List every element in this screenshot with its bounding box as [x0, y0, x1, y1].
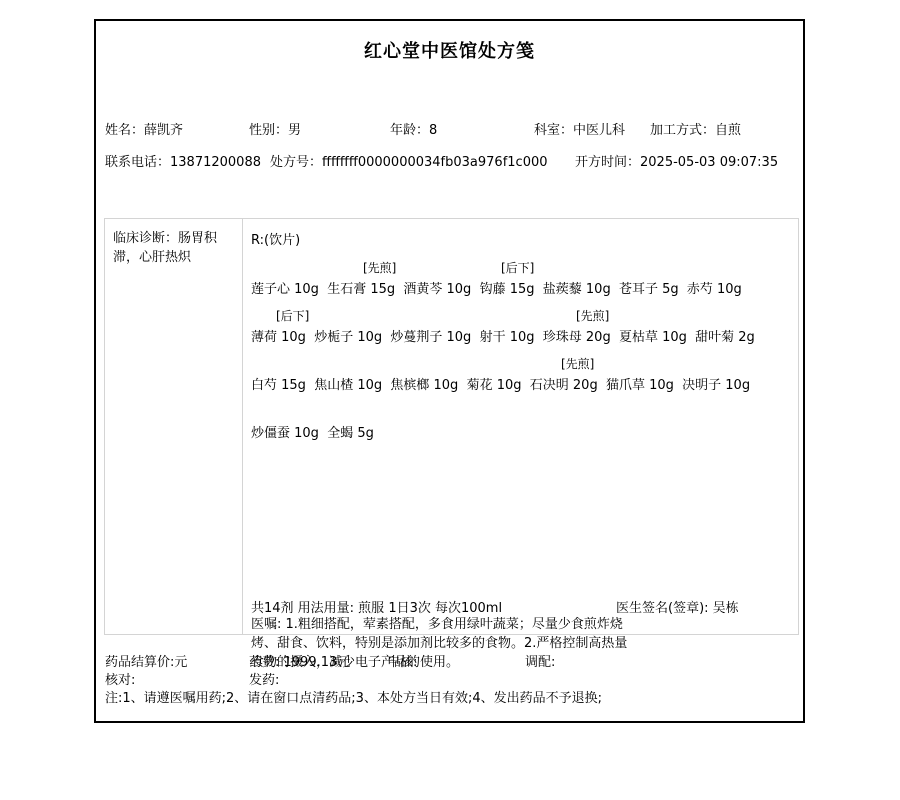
settle-price-field: 药品结算价:元: [105, 651, 187, 670]
settle-price-value: 元: [174, 655, 187, 670]
footer-row-2: 核对: 发药:: [96, 669, 803, 687]
decoction-tag: [后下]: [501, 259, 534, 276]
decoction-tag-line: [251, 401, 790, 422]
prescription-number-field: 处方号：ffffffff0000000034fb03a976f1c000: [270, 151, 548, 170]
page-title: 红心堂中医馆处方笺: [96, 37, 803, 63]
phone-value: 13871200088: [170, 155, 261, 170]
diagnosis-label: 临床诊断：: [113, 231, 178, 246]
decoction-tag: [先煎]: [576, 307, 609, 324]
processing-method-label: 加工方式：: [650, 123, 715, 138]
patient-age-field: 年龄：8: [390, 119, 437, 138]
prescription-sheet: 红心堂中医馆处方笺 姓名：薛凯齐 性别：男 年龄：8 科室：中医儿科 加工方式：…: [94, 19, 805, 723]
doctor-signature-value: 吴栋: [713, 601, 739, 616]
patient-name-field: 姓名：薛凯齐: [105, 119, 183, 138]
doctor-signature: 医生签名(签章): 吴栋: [616, 597, 739, 616]
prescription-table: 临床诊断：肠胃积滞，心肝热炽 R:(饮片) [先煎] [后下] 莲子心 10g …: [104, 218, 799, 635]
prescription-time-label: 开方时间：: [575, 155, 640, 170]
patient-gender-field: 性别：男: [249, 119, 301, 138]
dispense-field: 调配:: [525, 651, 555, 670]
fee-field: 药费: 1999.13元: [249, 651, 350, 670]
footer-row-1: 药品结算价:元 药费: 1999.13元 申核: 调配:: [96, 651, 803, 669]
herb-line: 莲子心 10g 生石膏 15g 酒黄芩 10g 钩藤 15g 盐蒺藜 10g 苍…: [251, 278, 790, 305]
department-label: 科室：: [534, 123, 573, 138]
patient-age-value: 8: [429, 123, 437, 138]
footer-note-row: 注:1、请遵医嘱用药;2、请在窗口点清药品;3、本处方当日有效;4、发出药品不予…: [96, 687, 803, 705]
prescription-time-field: 开方时间：2025-05-03 09:07:35: [575, 151, 778, 170]
usage-line: 共14剂 用法用量: 煎服 1日3次 每次100ml: [251, 597, 502, 616]
decoction-tag: [后下]: [276, 307, 309, 324]
patient-gender-label: 性别：: [249, 123, 288, 138]
settle-price-label: 药品结算价:: [105, 655, 174, 670]
patient-name-value: 薛凯齐: [144, 123, 183, 138]
patient-info-row-1: 姓名：薛凯齐 性别：男 年龄：8 科室：中医儿科 加工方式：自煎: [96, 119, 803, 137]
department-field: 科室：中医儿科: [534, 119, 625, 138]
herb-line: 白芍 15g 焦山楂 10g 焦槟榔 10g 菊花 10g 石决明 20g 猫爪…: [251, 374, 790, 401]
decoction-tag-line: [后下] [先煎]: [251, 305, 790, 326]
prescription-number-label: 处方号：: [270, 155, 322, 170]
patient-name-label: 姓名：: [105, 123, 144, 138]
rx-header: R:(饮片): [251, 229, 790, 247]
prescription-time-value: 2025-05-03 09:07:35: [640, 155, 778, 170]
herb-line: 炒僵蚕 10g 全蝎 5g: [251, 422, 790, 449]
patient-gender-value: 男: [288, 123, 301, 138]
footer-note: 注:1、请遵医嘱用药;2、请在窗口点清药品;3、本处方当日有效;4、发出药品不予…: [105, 687, 602, 706]
decoction-tag: [先煎]: [363, 259, 396, 276]
patient-age-label: 年龄：: [390, 123, 429, 138]
processing-method-value: 自煎: [715, 123, 741, 138]
decoction-tag: [先煎]: [561, 355, 594, 372]
fee-value: 1999.13元: [284, 655, 351, 670]
diagnosis-cell: 临床诊断：肠胃积滞，心肝热炽: [105, 219, 243, 634]
prescription-page: { "title": "红心堂中医馆处方笺", "patient": { "ro…: [0, 0, 900, 800]
phone-field: 联系电话：13871200088: [105, 151, 261, 170]
decoction-tag-line: [先煎]: [251, 353, 790, 374]
check-field: 核对:: [105, 669, 135, 688]
issue-field: 发药:: [249, 669, 279, 688]
fee-label: 药费:: [249, 655, 284, 670]
review-field: 申核:: [387, 651, 417, 670]
prescription-number-value: ffffffff0000000034fb03a976f1c000: [322, 155, 548, 170]
herb-line: 薄荷 10g 炒栀子 10g 炒蔓荆子 10g 射干 10g 珍珠母 20g 夏…: [251, 326, 790, 353]
decoction-tag-line: [先煎] [后下]: [251, 257, 790, 278]
patient-info-row-2: 联系电话：13871200088 处方号：ffffffff0000000034f…: [96, 151, 803, 169]
phone-label: 联系电话：: [105, 155, 170, 170]
department-value: 中医儿科: [573, 123, 625, 138]
rx-cell: R:(饮片) [先煎] [后下] 莲子心 10g 生石膏 15g 酒黄芩 10g…: [243, 219, 798, 634]
doctor-signature-label: 医生签名(签章):: [616, 601, 713, 616]
processing-method-field: 加工方式：自煎: [650, 119, 741, 138]
